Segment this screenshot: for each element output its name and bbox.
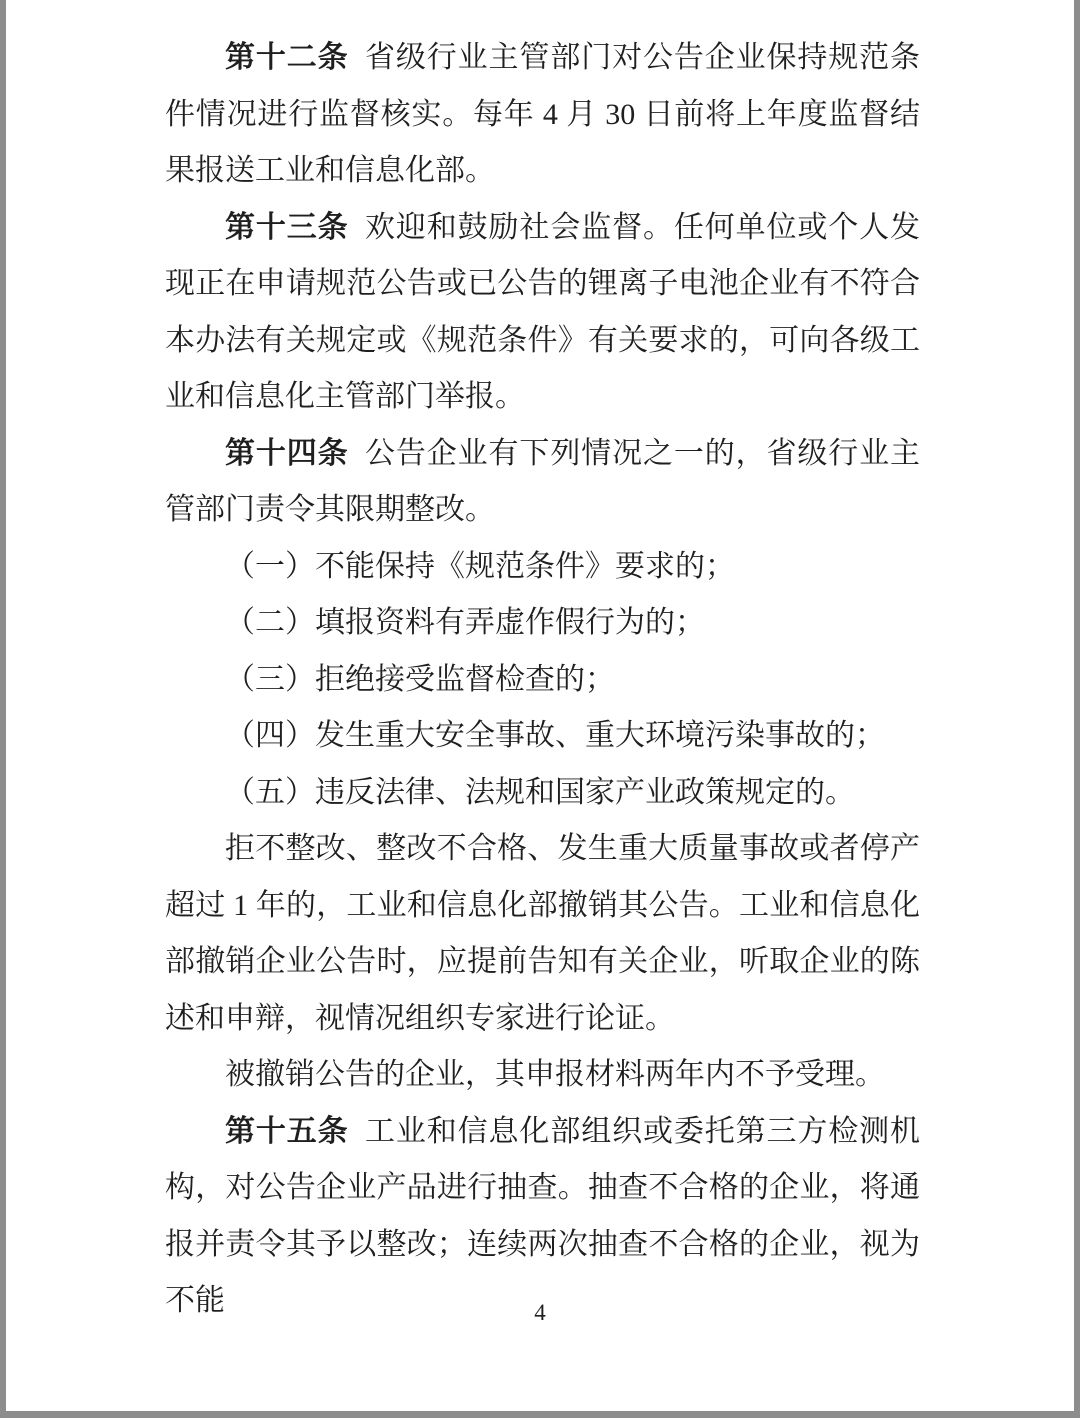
- list-item-paragraph: （五）违反法律、法规和国家产业政策规定的。: [165, 765, 920, 822]
- page-number: 4: [6, 1298, 1074, 1328]
- article-paragraph: 第十五条工业和信息化部组织或委托第三方检测机构，对公告企业产品进行抽查。抽查不合…: [165, 1104, 920, 1330]
- document-body: 第十二条省级行业主管部门对公告企业保持规范条件情况进行监督核实。每年 4 月 3…: [165, 30, 920, 1330]
- article-number: 第十四条: [225, 437, 349, 470]
- article-number: 第十三条: [225, 211, 349, 244]
- paragraph: 拒不整改、整改不合格、发生重大质量事故或者停产超过 1 年的，工业和信息化部撤销…: [165, 821, 920, 1047]
- list-item-paragraph: （四）发生重大安全事故、重大环境污染事故的；: [165, 708, 920, 765]
- article-paragraph: 第十二条省级行业主管部门对公告企业保持规范条件情况进行监督核实。每年 4 月 3…: [165, 30, 920, 200]
- paragraph: 被撤销公告的企业，其申报材料两年内不予受理。: [165, 1047, 920, 1104]
- article-number: 第十二条: [225, 41, 349, 74]
- list-item-paragraph: （二）填报资料有弄虚作假行为的；: [165, 595, 920, 652]
- document-page: 第十二条省级行业主管部门对公告企业保持规范条件情况进行监督核实。每年 4 月 3…: [0, 0, 1080, 1418]
- article-number: 第十五条: [225, 1115, 349, 1148]
- list-item-paragraph: （一）不能保持《规范条件》要求的；: [165, 539, 920, 596]
- list-item-paragraph: （三）拒绝接受监督检查的；: [165, 652, 920, 709]
- article-paragraph: 第十三条欢迎和鼓励社会监督。任何单位或个人发现正在申请规范公告或已公告的锂离子电…: [165, 200, 920, 426]
- article-paragraph: 第十四条公告企业有下列情况之一的，省级行业主管部门责令其限期整改。: [165, 426, 920, 539]
